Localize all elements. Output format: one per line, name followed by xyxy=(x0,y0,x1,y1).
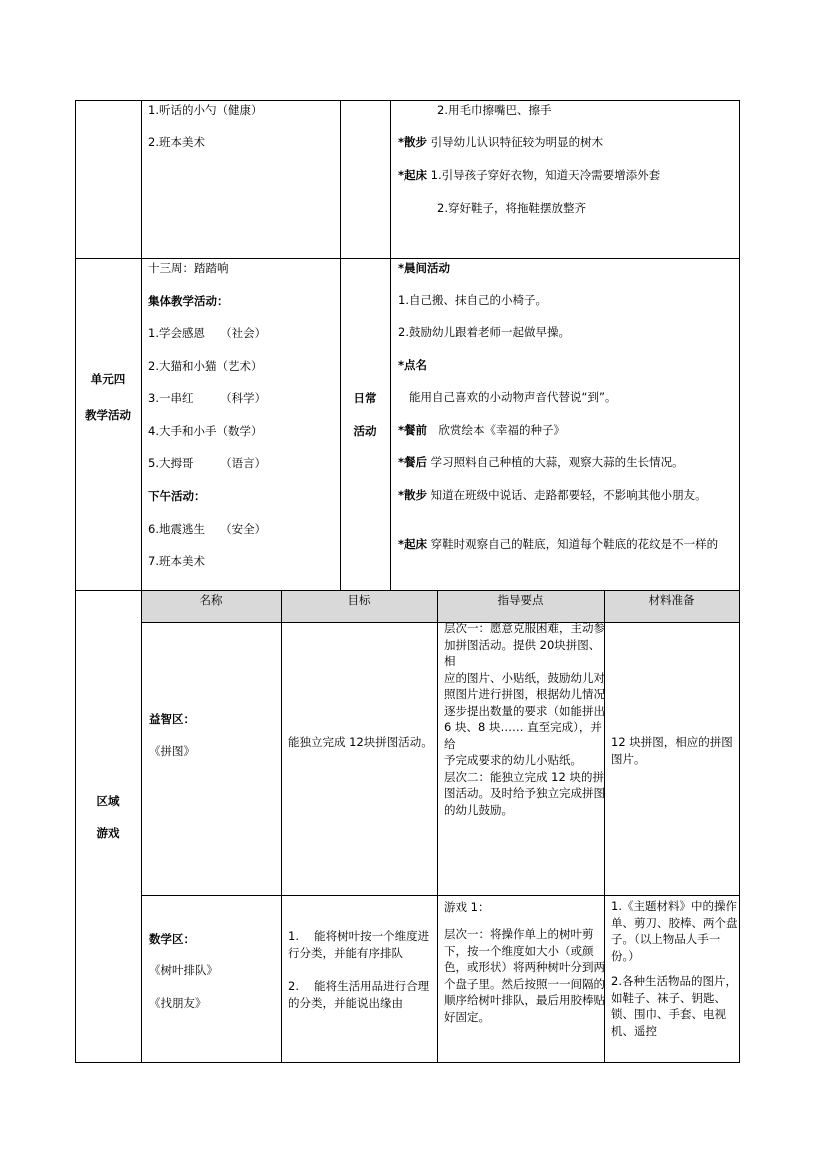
group-item: 3.一串红 （科学） xyxy=(148,391,266,405)
teaching-item: 1.听话的小勺（健康） xyxy=(148,103,262,117)
group-item: 1.学会感恩 （社会） xyxy=(148,326,266,340)
row1-teaching-cell: 1.听话的小勺（健康） 2.班本美术 xyxy=(141,100,340,258)
table-border-bottom xyxy=(75,1062,740,1063)
area-goal: 2. 能将生活用品进行合理的分类，并能说出缘由 xyxy=(288,978,438,1011)
group-item: 4.大手和小手（数学） xyxy=(148,424,262,438)
group-item: 5.大拇哥 （语言） xyxy=(148,456,266,470)
row2-teaching-cell: 十三周：踏踏响 集体教学活动： 1.学会感恩 （社会） 2.大猫和小猫（艺术） … xyxy=(141,258,340,590)
group-item: 2.大猫和小猫（艺术） xyxy=(148,359,262,373)
section-label-daily: 日常 活动 xyxy=(340,258,390,590)
walk-label: *散步 xyxy=(398,135,427,149)
area-goal: 能独立完成 12块拼图活动。 xyxy=(288,734,436,751)
daily-line: 2.穿好鞋子，将拖鞋摆放整齐 xyxy=(437,201,586,215)
area-name-heading: 数学区： xyxy=(149,932,195,946)
table-border-right xyxy=(739,100,740,1063)
row1-daily-cell: 2.用毛巾擦嘴巴、擦手 *散步 引导幼儿认识特征较为明显的树木 *起床 1.引导… xyxy=(390,100,739,258)
morning-heading: *晨间活动 xyxy=(398,261,450,275)
area-guide: 层次一：将操作单上的树叶剪下，按一个维度如大小（或颜色，或形状）将两种树叶分到两… xyxy=(444,926,606,1025)
area-activity: 《找朋友》 xyxy=(149,996,207,1010)
area-materials: 12 块拼图，相应的拼图图片。 xyxy=(611,734,737,767)
area-name-heading: 益智区： xyxy=(149,712,195,726)
daily-line-wakeup: *起床 1.引导孩子穿好衣物，知道天冷需要增添外套 xyxy=(398,168,660,182)
wakeup-label: *起床 xyxy=(398,168,427,182)
area-guide: 层次一：愿意克服困难，主动参加拼图活动。提供 20块拼图、相 应的图片、小贴纸，… xyxy=(444,620,606,818)
area-activity: 《树叶排队》 xyxy=(149,963,218,977)
group-heading: 集体教学活动： xyxy=(148,294,229,308)
area-row-puzzle: 益智区： 《拼图》 能独立完成 12块拼图活动。 层次一：愿意克服困难，主动参加… xyxy=(141,622,739,895)
morning-item: 2.鼓励幼儿跟着老师一起做早操。 xyxy=(398,325,570,339)
header-goal: 目标 xyxy=(281,590,437,622)
before-meal-line: *餐前 欣赏绘本《幸福的种子》 xyxy=(398,423,565,437)
header-name: 名称 xyxy=(141,590,281,622)
header-materials: 材料准备 xyxy=(604,590,739,622)
wakeup-line: *起床 穿鞋时观察自己的鞋底，知道每个鞋底的花纹是不一样的 xyxy=(398,536,734,553)
row2-daily-cell: *晨间活动 1.自己搬、抹自己的小椅子。 2.鼓励幼儿跟着老师一起做早操。 *点… xyxy=(390,258,739,590)
afternoon-item: 7.班本美术 xyxy=(148,554,205,568)
area-activity: 《拼图》 xyxy=(149,744,195,758)
walk-line: *散步 知道在班级中说话、走路都要轻，不影响其他小朋友。 xyxy=(398,487,734,504)
section-label-area-games: 区域 游戏 xyxy=(75,590,141,1062)
area-goal: 1. 能将树叶按一个维度进行分类，并能有序排队 xyxy=(288,928,438,961)
area-guide-title: 游戏 1： xyxy=(444,900,489,914)
area-materials: 2.各种生活物品的图片，如鞋子、袜子、钥匙、锁、围巾、手套、电视机、遥控 xyxy=(611,973,739,1039)
section-label-teaching: 单元四 教学活动 xyxy=(75,258,141,590)
document-page: 1.听话的小勺（健康） 2.班本美术 2.用毛巾擦嘴巴、擦手 *散步 引导幼儿认… xyxy=(0,0,827,1170)
area-materials: 1.《主题材料》中的操作单、剪刀、胶棒、两个盘子。（以上物品人手一份。） xyxy=(611,898,739,964)
daily-line-walk: *散步 引导幼儿认识特征较为明显的树木 xyxy=(398,135,603,149)
after-meal-line: *餐后 学习照料自己种植的大蒜，观察大蒜的生长情况。 xyxy=(398,455,684,469)
week-title: 十三周：踏踏响 xyxy=(148,261,229,275)
rollcall-text: 能用自己喜欢的小动物声音代替说“到”。 xyxy=(409,390,616,404)
morning-item: 1.自己搬、抹自己的小椅子。 xyxy=(398,293,547,307)
area-row-math: 数学区： 《树叶排队》 《找朋友》 1. 能将树叶按一个维度进行分类，并能有序排… xyxy=(141,895,739,1062)
rollcall-heading: *点名 xyxy=(398,358,427,372)
afternoon-item: 6.地震逃生 （安全） xyxy=(148,522,266,536)
teaching-item: 2.班本美术 xyxy=(148,135,205,149)
daily-line: 2.用毛巾擦嘴巴、擦手 xyxy=(437,103,551,117)
afternoon-heading: 下午活动： xyxy=(148,489,206,503)
header-guide: 指导要点 xyxy=(437,590,604,622)
